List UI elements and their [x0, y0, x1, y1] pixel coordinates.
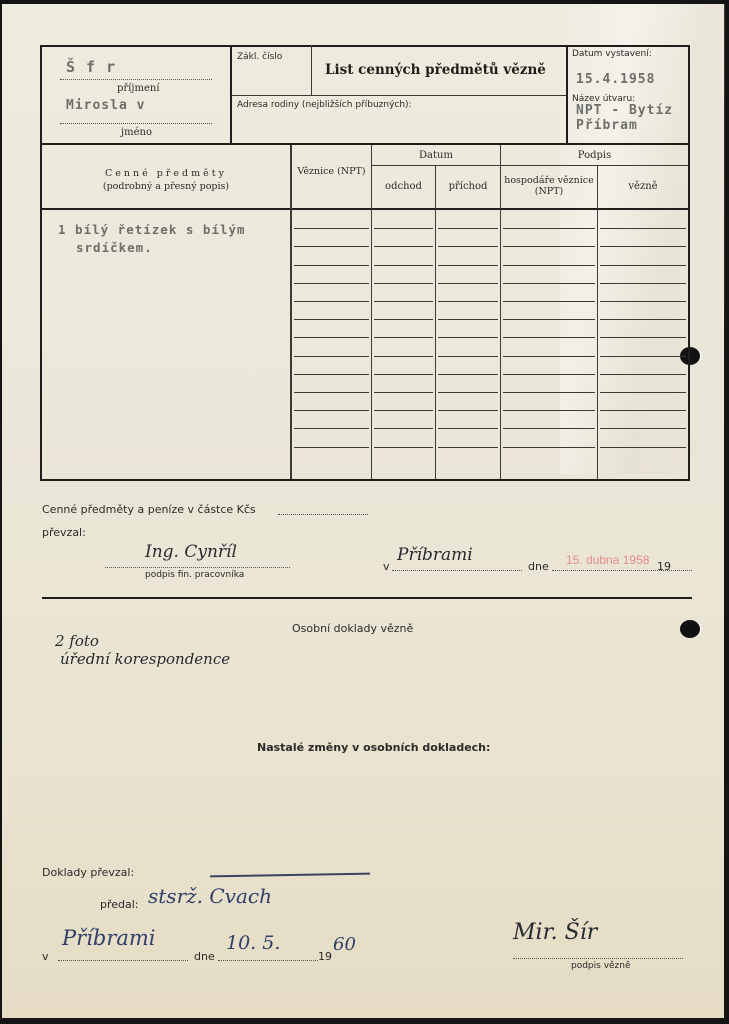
table-row-line — [374, 410, 433, 411]
items-header-title: Cenné předměty — [42, 168, 290, 179]
documents-date-prefix: dne — [194, 950, 215, 963]
table-row-line — [600, 337, 686, 338]
table-row-line — [374, 228, 433, 229]
table-row-line — [294, 374, 369, 375]
base-number-label: Zákl. číslo — [237, 52, 282, 62]
table-row-line — [438, 410, 498, 411]
table-row-line — [374, 319, 433, 320]
table-row-line — [294, 301, 369, 302]
firstname-label: jméno — [121, 127, 152, 138]
table-row-line — [503, 301, 595, 302]
table-row-line — [503, 410, 595, 411]
signature-group-header: Podpis — [501, 150, 688, 161]
table-row-line — [294, 356, 369, 357]
table-row-line — [374, 374, 433, 375]
unit-value-line2: Příbram — [576, 118, 638, 133]
table-row-line — [600, 374, 686, 375]
table-row-line — [438, 301, 498, 302]
punch-hole-icon — [680, 620, 700, 638]
table-row-line — [374, 246, 433, 247]
table-row-line — [374, 428, 433, 429]
table-row-line — [600, 246, 686, 247]
issue-date-value: 15.4.1958 — [576, 72, 655, 87]
documents-title: Osobní doklady vězně — [292, 622, 413, 635]
table-row-line — [503, 447, 595, 448]
family-address-label: Adresa rodiny (nejbližších příbuzných): — [237, 100, 412, 110]
surname-label: příjmení — [117, 83, 160, 94]
documents-received-label: Doklady převzal: — [42, 866, 134, 879]
documents-handed-label: předal: — [100, 898, 139, 911]
money-year-prefix: 19 — [657, 560, 671, 573]
table-row-line — [503, 228, 595, 229]
table-row-line — [600, 447, 686, 448]
table-row-line — [600, 319, 686, 320]
table-row-line — [503, 392, 595, 393]
table-row-line — [294, 228, 369, 229]
table-row-line — [374, 301, 433, 302]
documents-handwritten-line2: úřední korespondence — [60, 650, 230, 668]
table-row-line — [374, 337, 433, 338]
table-row-line — [503, 356, 595, 357]
table-row-line — [294, 283, 369, 284]
arrival-header: příchod — [436, 181, 500, 192]
table-row-line — [600, 410, 686, 411]
table-row-line — [438, 246, 498, 247]
table-row-line — [294, 319, 369, 320]
table-row-line — [438, 319, 498, 320]
handed-signature: stsrž. Cvach — [148, 884, 272, 908]
items-header-subtitle: (podrobný a přesný popis) — [42, 181, 290, 192]
firstname-value: Mirosla v — [66, 98, 145, 113]
form-title: List cenných předmětů vězně — [325, 62, 546, 78]
money-date-prefix: dne — [528, 560, 549, 573]
table-row-line — [438, 374, 498, 375]
table-row-line — [294, 246, 369, 247]
table-row-line — [294, 337, 369, 338]
documents-place-prefix: v — [42, 950, 49, 963]
table-row-line — [600, 428, 686, 429]
prisoner-header: vězně — [598, 181, 688, 192]
documents-place-handwritten: Příbrami — [62, 926, 156, 950]
date-group-header: Datum — [372, 150, 500, 161]
table-row-line — [374, 447, 433, 448]
documents-date-handwritten: 10. 5. — [226, 932, 280, 954]
table-row-line — [438, 447, 498, 448]
prison-header: Věznice (NPT) — [292, 166, 371, 178]
table-row-line — [294, 265, 369, 266]
table-row-line — [600, 392, 686, 393]
steward-header: hospodáře věznice (NPT) — [501, 175, 597, 197]
table-row-line — [294, 428, 369, 429]
table-row-line — [503, 374, 595, 375]
prisoner-signature-caption: podpis vězně — [571, 961, 631, 971]
item-description-line1: 1 bílý řetízek s bílým — [58, 222, 246, 237]
issue-date-label: Datum vystavení: — [572, 49, 652, 59]
table-row-line — [503, 337, 595, 338]
table-row-line — [374, 356, 433, 357]
table-row-line — [600, 265, 686, 266]
table-row-line — [294, 447, 369, 448]
table-row-line — [294, 392, 369, 393]
item-description-line2: srdíčkem. — [76, 240, 153, 255]
table-row-line — [600, 228, 686, 229]
table-row-line — [600, 283, 686, 284]
money-place-handwritten: Příbrami — [397, 545, 473, 565]
table-row-line — [438, 356, 498, 357]
prisoner-signature: Mir. Šír — [513, 920, 597, 945]
table-row-line — [503, 283, 595, 284]
table-row-line — [503, 265, 595, 266]
table-row-line — [374, 265, 433, 266]
departure-header: odchod — [372, 181, 435, 192]
changes-title: Nastalé změny v osobních dokladech: — [257, 741, 490, 754]
table-row-line — [600, 356, 686, 357]
surname-value: Š f r — [66, 58, 116, 76]
table-row-line — [438, 228, 498, 229]
table-row-line — [374, 392, 433, 393]
table-row-line — [438, 265, 498, 266]
table-row-line — [600, 301, 686, 302]
fin-worker-signature: Ing. Cynříl — [145, 542, 237, 562]
unit-value-line1: NPT - Bytíz — [576, 103, 673, 118]
table-row-line — [438, 428, 498, 429]
money-label: Cenné předměty a peníze v částce Kčs — [42, 503, 256, 516]
table-row-line — [294, 410, 369, 411]
table-row-line — [374, 283, 433, 284]
money-place-prefix: v — [383, 560, 390, 573]
table-row-line — [438, 392, 498, 393]
documents-handwritten-line1: 2 foto — [55, 632, 99, 650]
money-date-stamp: 15. dubna 1958 — [566, 553, 649, 567]
table-row-line — [503, 319, 595, 320]
documents-year-handwritten: 60 — [333, 934, 356, 955]
table-row-line — [503, 428, 595, 429]
money-received-label: převzal: — [42, 526, 86, 539]
documents-year-prefix: 19 — [318, 950, 332, 963]
table-row-line — [438, 337, 498, 338]
table-row-line — [438, 283, 498, 284]
table-row-line — [503, 246, 595, 247]
fin-worker-signature-caption: podpis fin. pracovníka — [145, 570, 244, 580]
items-header: Cenné předměty (podrobný a přesný popis) — [42, 168, 290, 192]
